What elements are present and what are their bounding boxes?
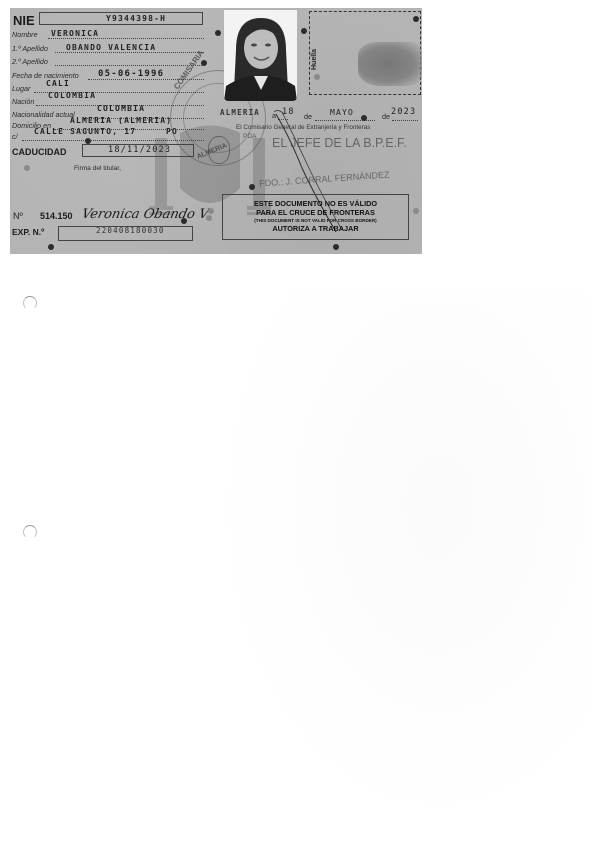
apellido2-label: 2.º Apellido [12,57,48,66]
firma-label: Firma del titular, [74,165,121,172]
punch-hole [206,215,212,221]
issue-place: ALMERIA [220,108,260,117]
punch-hole [201,60,207,66]
punch-hole [361,115,367,121]
nacionalidad-label: Nacionalidad actual [12,110,75,119]
notice-line-4: AUTORIZA A TRABAJAR [223,224,408,233]
punch-hole [413,208,419,214]
holder-photo [224,10,297,101]
nie-card: NIE Y9344398-H Nombre VERONICA 1.º Apell… [10,8,422,254]
calle-label: c/ [12,132,18,141]
domicilio-value: ALMERIA (ALMERIA) [70,116,172,125]
numero-label: Nº [13,211,23,221]
notice-line-1: ESTE DOCUMENTO NO ES VÁLIDO [223,199,408,208]
punch-hole [215,30,221,36]
apellido1-value: OBANDO VALENCIA [66,43,156,52]
fecha-nacimiento-value: 05-06-1996 [98,69,164,79]
numero-value: 514.150 [40,211,73,221]
punch-hole [301,28,307,34]
apellido2-line [55,65,204,66]
nombre-label: Nombre [12,30,38,39]
punch-hole [181,218,187,224]
apellido1-label: 1.º Apellido [12,44,48,53]
issue-year-line [392,120,418,121]
notice-line-3: (THIS DOCUMENT IS NOT VALID FOR CROSS BO… [223,217,408,224]
nacion-label: Nación [12,97,34,106]
punch-hole [208,208,214,214]
expediente-value: 220408180030 [96,226,165,235]
scan-background-noise [210,290,590,830]
nacionalidad-value: COLOMBIA [97,104,145,113]
lugar-label: Lugar [12,84,30,93]
seal-emblem-icon [208,136,230,164]
page-punch-mark-icon [23,296,37,310]
nombre-line [48,38,204,39]
apellido1-line [55,52,204,53]
nacion-value: COLOMBIA [48,91,96,100]
expediente-label: EXP. N.º [12,227,44,237]
huella-label: Huella [311,49,318,70]
punch-hole [24,165,30,171]
lugar-value: CALI [46,79,70,88]
fingerprint-box: Huella [309,11,421,95]
nie-label: NIE [13,13,35,28]
issue-de-label-2: de [382,112,390,121]
issue-year: 2023 [391,107,416,117]
nombre-value: VERONICA [51,29,99,38]
notice-line-2: PARA EL CRUCE DE FRONTERAS [223,208,408,217]
validity-notice: ESTE DOCUMENTO NO ES VÁLIDO PARA EL CRUC… [222,194,409,240]
punch-hole [249,184,255,190]
pda-label: PDA [243,133,256,140]
punch-hole [413,16,419,22]
caducidad-value: 18/11/2023 [108,145,171,155]
punch-hole [333,244,339,250]
fingerprint-icon [358,42,422,86]
nie-value: Y9344398-H [106,14,166,23]
portrait-icon [224,10,297,101]
punch-hole [48,244,54,250]
punch-hole [314,74,320,80]
caducidad-label: CADUCIDAD [12,147,67,157]
calle-value: CALLE SAGUNTO, 17 [34,127,136,136]
holder-signature: Veronica Obando V. [80,207,211,222]
page-punch-mark-icon [23,525,37,539]
